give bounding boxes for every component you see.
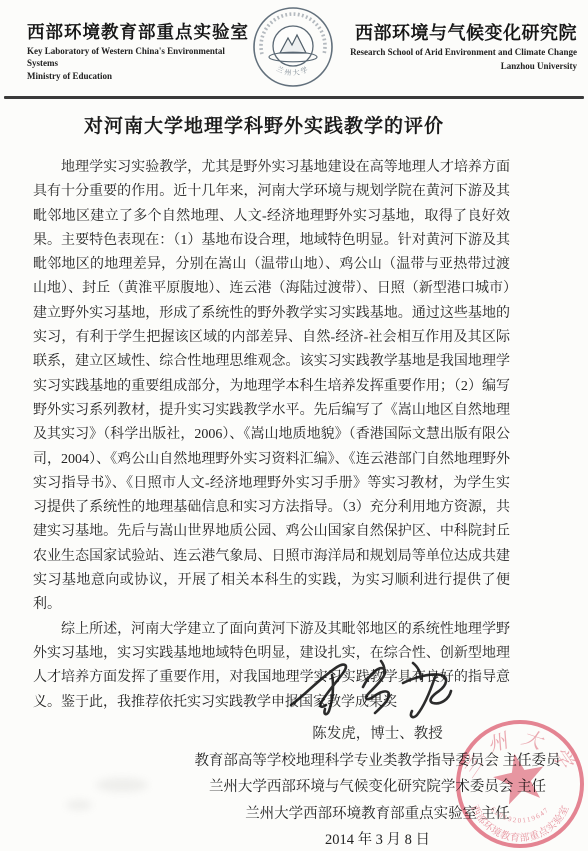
right-org-en-line2: Lanzhou University: [337, 61, 577, 73]
stamp-star-icon: [489, 748, 549, 806]
svg-text:6201920119647: 6201920119647: [489, 805, 551, 824]
official-red-stamp: 兰州大学 西部环境教育部重点实验室 6201920119647: [452, 716, 588, 851]
document-title: 对河南大学地理学科野外实践教学的评价: [33, 111, 495, 138]
paragraph-1: 地理学实习实验教学，尤其是野外实习基地建设在高等地理人才培养方面具有十分重要的作…: [33, 156, 510, 618]
stamp-serial-number: 6201920119647: [489, 805, 551, 824]
scanned-letter-page: 西部环境教育部重点实验室 Key Laboratory of Western C…: [0, 0, 588, 851]
left-org-en-line1: Key Laboratory of Western China's Enviro…: [27, 46, 252, 69]
handwritten-signature: [285, 653, 470, 725]
letterhead-divider: [4, 96, 584, 99]
university-seal-icon: 兰州大学: [252, 6, 334, 88]
scan-smudge: [96, 778, 148, 792]
left-org-title-cn: 西部环境教育部重点实验室: [27, 19, 252, 44]
scan-smudge: [66, 800, 92, 810]
left-org-en-line2: Ministry of Education: [27, 71, 252, 83]
right-org-title-cn: 西部环境与气候变化研究院: [337, 19, 577, 45]
letter-body: 地理学实习实验教学，尤其是野外实习基地建设在高等地理人才培养方面具有十分重要的作…: [33, 156, 510, 715]
letterhead-left: 西部环境教育部重点实验室 Key Laboratory of Western C…: [27, 19, 252, 83]
letterhead-right: 西部环境与气候变化研究院 Research School of Arid Env…: [337, 19, 577, 72]
right-org-en-line1: Research School of Arid Environment and …: [337, 47, 577, 59]
